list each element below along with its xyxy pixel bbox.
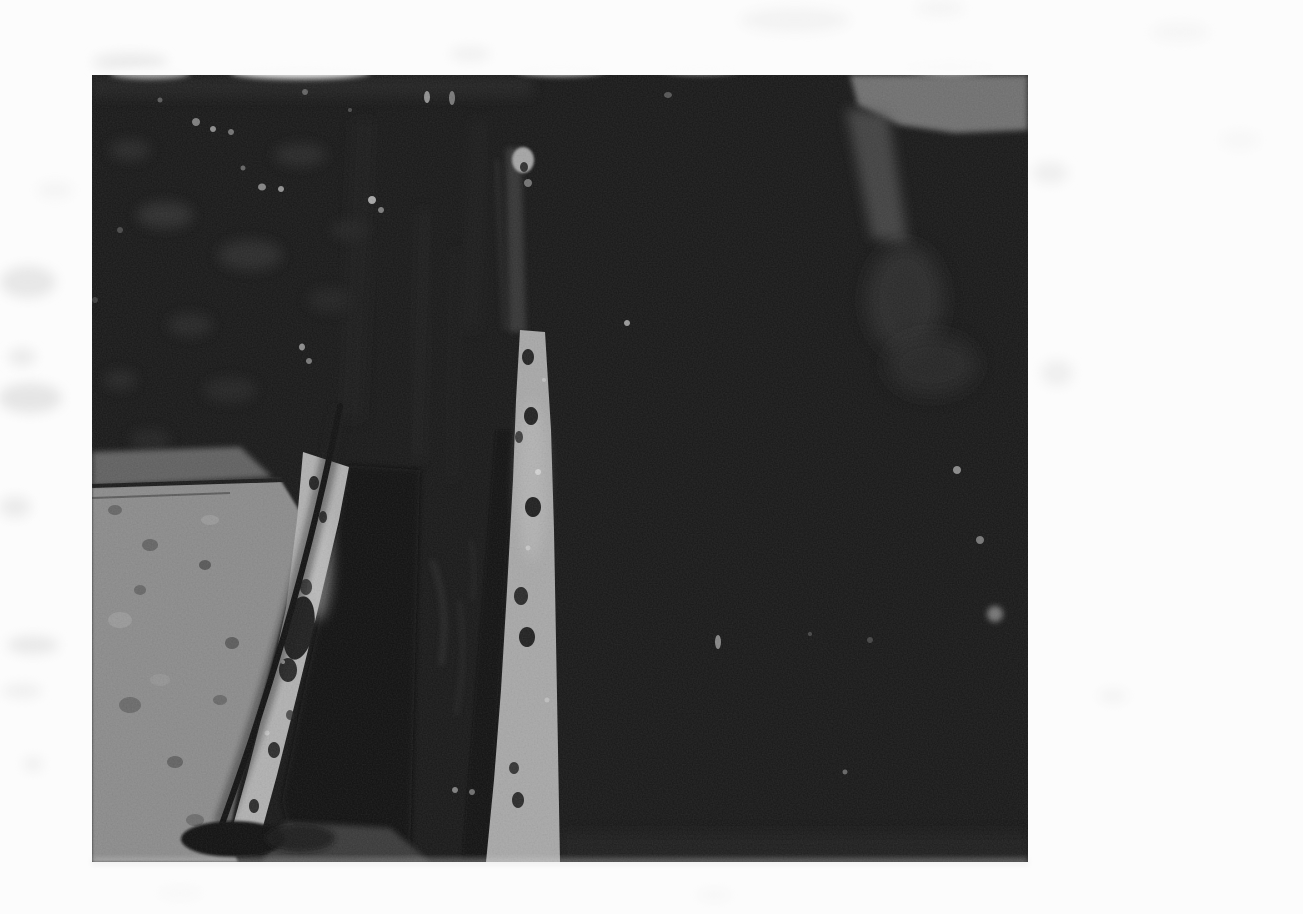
margin-smudges-dot: [1220, 130, 1260, 150]
photo-edge-softening-dot: [515, 64, 605, 76]
film-grain: [92, 75, 1028, 862]
margin-smudges-dot: [37, 182, 73, 198]
photo-edge-softening-dot: [660, 63, 740, 75]
margin-smudges-dot: [450, 47, 490, 61]
margin-smudges-dot: [1099, 690, 1127, 702]
margin-smudges-dot: [0, 383, 62, 413]
page-scan-svg: [0, 0, 1303, 914]
photo: [92, 75, 1028, 862]
bottom-edge-fade: [92, 858, 1028, 865]
margin-smudges-dot: [8, 348, 36, 366]
margin-smudges-dot: [1041, 360, 1073, 386]
photo-edge-softening-dot: [110, 67, 190, 79]
margin-smudges-dot: [7, 636, 59, 654]
margin-smudges-dot: [1150, 22, 1210, 42]
photo-edge-softening-dot: [230, 65, 370, 79]
margin-smudges-dot: [2, 684, 42, 698]
margin-smudges-dot: [0, 496, 31, 518]
margin-smudges-dot: [158, 887, 202, 899]
margin-smudges-dot: [1032, 162, 1068, 184]
photo-edge-softening-dot: [905, 59, 995, 75]
margin-smudges-dot: [0, 266, 56, 298]
margin-smudges-dot: [23, 757, 43, 771]
grain-dark: [92, 75, 1028, 862]
margin-smudges-dot: [696, 890, 732, 900]
margin-smudges-dot: [915, 0, 965, 16]
scanned-page: [0, 0, 1303, 914]
margin-smudges-dot: [740, 8, 850, 32]
